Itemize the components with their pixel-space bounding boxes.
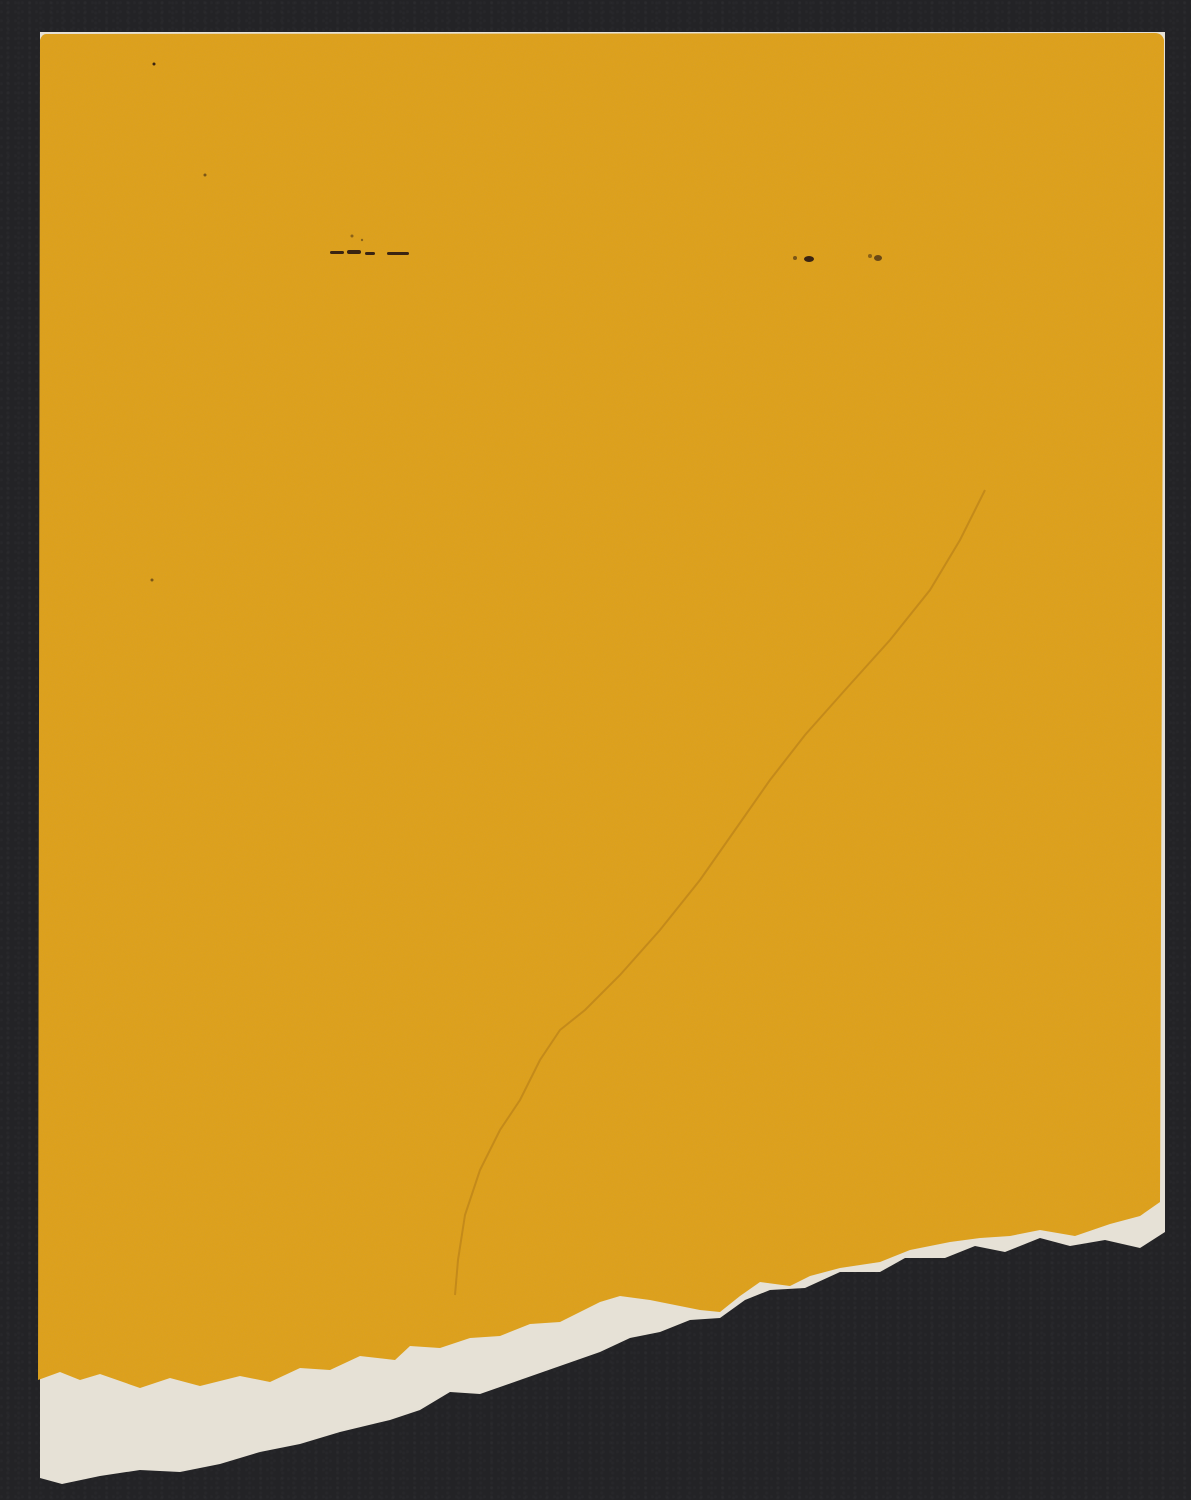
ink-speck xyxy=(151,579,154,582)
ink-speck xyxy=(204,174,207,177)
ink-speck xyxy=(153,63,156,66)
paper-grain-texture xyxy=(38,33,1164,1388)
photo-scene xyxy=(0,0,1191,1500)
